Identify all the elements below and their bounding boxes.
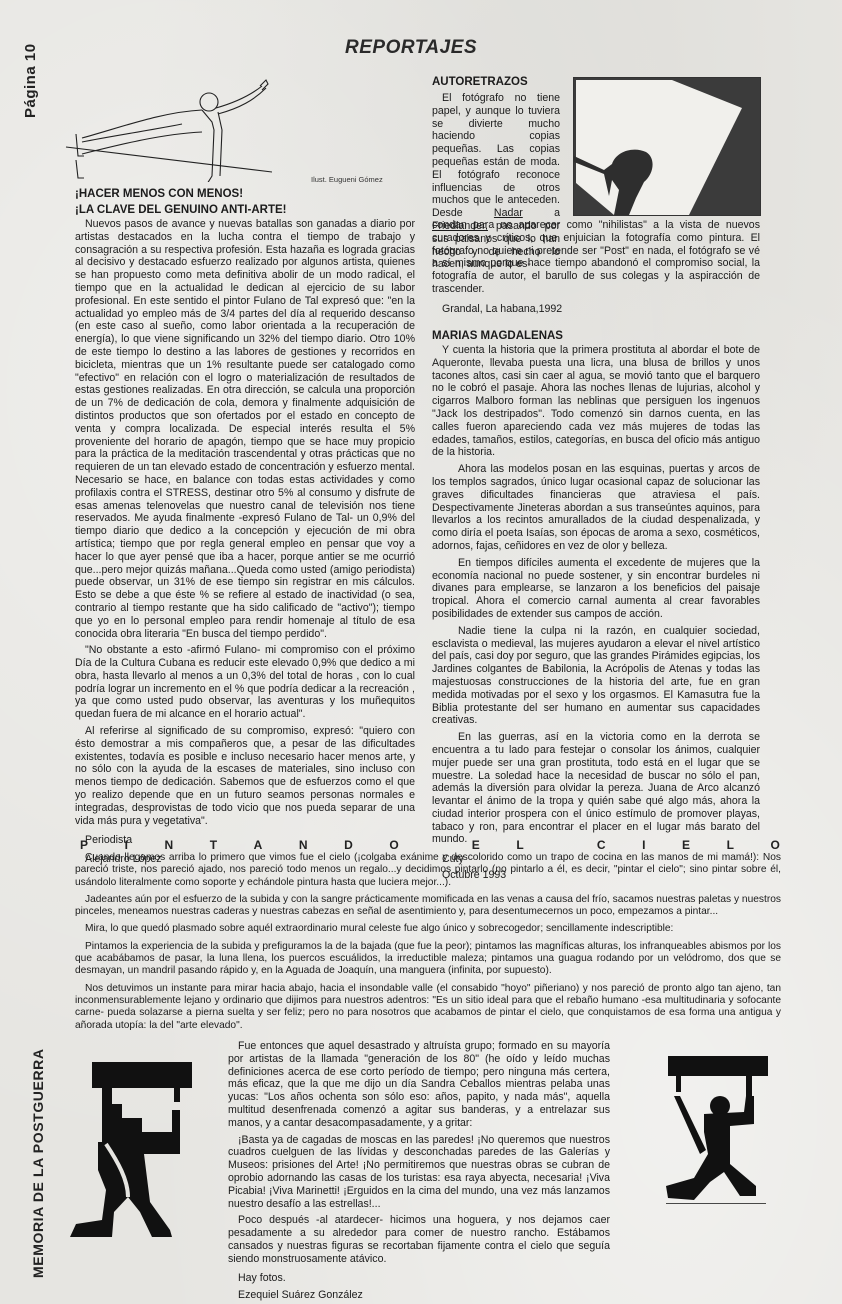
article-4-body: Cuando llegamos arriba lo primero que vi…	[75, 852, 781, 1037]
article-1-paragraph: "No obstante a esto -afirmó Fulano- mi c…	[75, 644, 415, 721]
title-letter: L	[727, 838, 734, 852]
title-letter: O	[770, 838, 779, 852]
article-2-body: condan para no aparecer como "nihilistas…	[432, 219, 760, 319]
article-4-paragraph: Nos detuvimos un instante para mirar hac…	[75, 983, 781, 1032]
self-portrait-photo-icon	[574, 78, 760, 215]
series-label: MEMORIA DE LA POSTGUERRA	[30, 1048, 46, 1278]
article-3-paragraph: En tiempos difíciles aumenta el excedent…	[432, 557, 760, 621]
article-4-signature: Ezequiel Suárez González	[228, 1287, 610, 1304]
article-4-paragraph: Pintamos la experiencia de la subida y p…	[75, 941, 781, 978]
article-1-headlines: ¡HACER MENOS CON MENOS! ¡LA CLAVE DEL GE…	[75, 186, 415, 218]
article-1-body: Nuevos pasos de avance y nuevas batallas…	[75, 218, 415, 869]
article-2-paragraph: condan para no aparecer como "nihilistas…	[432, 219, 760, 296]
title-letter: O	[389, 838, 398, 852]
article-4-title: P I N T A N D O E L C I E L O	[80, 838, 780, 852]
article-2-title: AUTORETRAZOS	[432, 74, 528, 90]
beam-carrier-left-illustration	[62, 1062, 192, 1242]
illustration-caption: Ilust. Eugueni Gómez	[311, 175, 383, 184]
title-letter: T	[210, 838, 217, 852]
title-letter: I	[642, 838, 645, 852]
title-letter: A	[254, 838, 263, 852]
nadar-reference: Nadar	[494, 207, 523, 219]
page-number-label: Página 10	[22, 43, 39, 118]
beam-carrier-right-illustration	[664, 1054, 774, 1204]
article-2-signature: Grandal, La habana,1992	[432, 300, 760, 319]
article-3-paragraph: En las guerras, así en la victoria como …	[432, 731, 760, 846]
title-letter: N	[299, 838, 308, 852]
article-3-paragraph: Y cuenta la historia que la primera pros…	[432, 344, 760, 459]
article-2-intro-text: El fotógrafo no tiene papel, y aunque lo…	[432, 92, 560, 219]
plank-figure-drawing-icon	[62, 72, 272, 182]
article-3: MARIAS MAGDALENAS Y cuenta la historia q…	[432, 328, 760, 882]
article-4-paragraph: Mira, lo que quedó plasmado sobre aquél …	[75, 923, 781, 935]
article-4-column-paragraph: Fue entonces que aquel desastrado y altr…	[228, 1040, 610, 1130]
figure-carrying-beam-icon	[62, 1062, 192, 1242]
article-1-headline-1: ¡HACER MENOS CON MENOS!	[75, 186, 415, 202]
article-4-column-paragraph: ¡Basta ya de cagadas de moscas en las pa…	[228, 1134, 610, 1211]
title-letter: P	[80, 838, 88, 852]
article-4-note: Hay fotos.	[228, 1270, 610, 1287]
title-letter: N	[164, 838, 173, 852]
connector: a	[554, 207, 560, 219]
title-letter: D	[344, 838, 353, 852]
article-3-paragraph: Ahora las modelos posan en las esquinas,…	[432, 463, 760, 553]
article-1-headline-2: ¡LA CLAVE DEL GENUINO ANTI-ARTE!	[75, 202, 415, 218]
article-4-column-paragraph: Poco después -al atardecer- hicimos una …	[228, 1214, 610, 1265]
article-4-paragraph: Jadeantes aún por el esfuerzo de la subi…	[75, 894, 781, 919]
figure-carrying-beam-icon	[664, 1054, 774, 1204]
article-4-column: Fue entonces que aquel desastrado y altr…	[228, 1040, 610, 1304]
article-3-title: MARIAS MAGDALENAS	[432, 328, 760, 344]
section-title: REPORTAJES	[345, 37, 477, 59]
title-letter: C	[597, 838, 606, 852]
article-1-paragraph: Nuevos pasos de avance y nuevas batallas…	[75, 218, 415, 640]
article-1-paragraph: Al referirse al significado de su compro…	[75, 725, 415, 827]
title-letter: E	[682, 838, 690, 852]
article-4-paragraph: Cuando llegamos arriba lo primero que vi…	[75, 852, 781, 889]
plank-figure-illustration	[62, 72, 272, 182]
article-3-paragraph: Nadie tiene la culpa ni la razón, en cua…	[432, 625, 760, 727]
self-portrait-photo	[573, 77, 761, 216]
title-letter: E	[472, 838, 480, 852]
title-letter: L	[516, 838, 523, 852]
title-letter: I	[125, 838, 128, 852]
